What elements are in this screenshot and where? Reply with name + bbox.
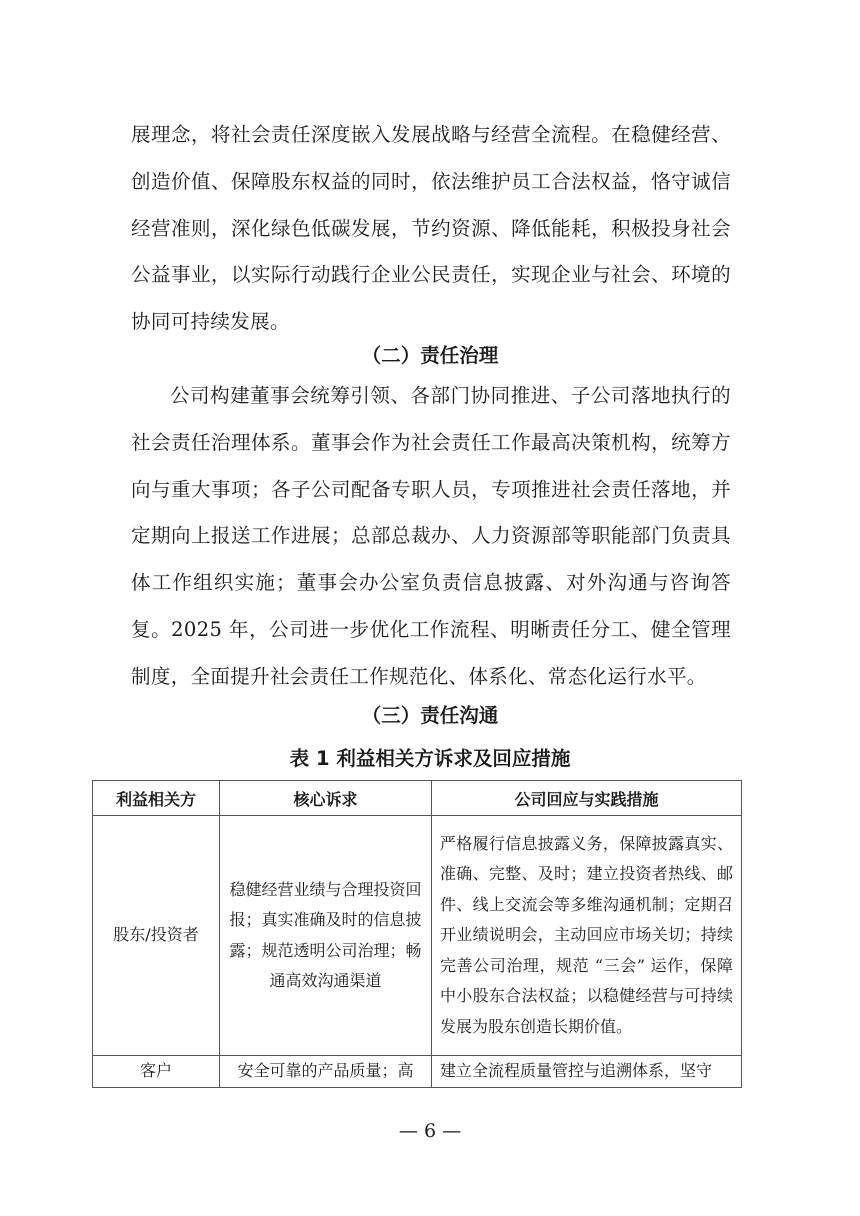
paragraph-intro-continued: 展理念，将社会责任深度嵌入发展战略与经营全流程。在稳健经营、创造价值、保障股东权…	[131, 112, 731, 346]
cell-demands: 安全可靠的产品质量；高	[220, 1056, 432, 1088]
stakeholder-table: 利益相关方 核心诉求 公司回应与实践措施 股东/投资者 稳健经营业绩与合理投资回…	[92, 780, 742, 1088]
cell-measures: 建立全流程质量管控与追溯体系，坚守	[432, 1056, 742, 1088]
page-number: — 6 —	[0, 1120, 860, 1142]
section-heading-governance: （二）责任治理	[0, 340, 860, 368]
header-stakeholder: 利益相关方	[93, 781, 220, 816]
header-demands: 核心诉求	[220, 781, 432, 816]
paragraph-governance: 公司构建董事会统筹引领、各部门协同推进、子公司落地执行的社会责任治理体系。董事会…	[131, 373, 731, 701]
table-header-row: 利益相关方 核心诉求 公司回应与实践措施	[93, 781, 742, 816]
table-row: 客户 安全可靠的产品质量；高 建立全流程质量管控与追溯体系，坚守	[93, 1056, 742, 1088]
cell-measures: 严格履行信息披露义务，保障披露真实、准确、完整、及时；建立投资者热线、邮件、线上…	[432, 816, 742, 1056]
cell-stakeholder: 股东/投资者	[93, 816, 220, 1056]
cell-demands: 稳健经营业绩与合理投资回报；真实准确及时的信息披露；规范透明公司治理；畅通高效沟…	[220, 816, 432, 1056]
table-caption: 表 1 利益相关方诉求及回应措施	[0, 743, 860, 771]
header-measures: 公司回应与实践措施	[432, 781, 742, 816]
table-row: 股东/投资者 稳健经营业绩与合理投资回报；真实准确及时的信息披露；规范透明公司治…	[93, 816, 742, 1056]
cell-stakeholder: 客户	[93, 1056, 220, 1088]
section-heading-communication: （三）责任沟通	[0, 700, 860, 728]
